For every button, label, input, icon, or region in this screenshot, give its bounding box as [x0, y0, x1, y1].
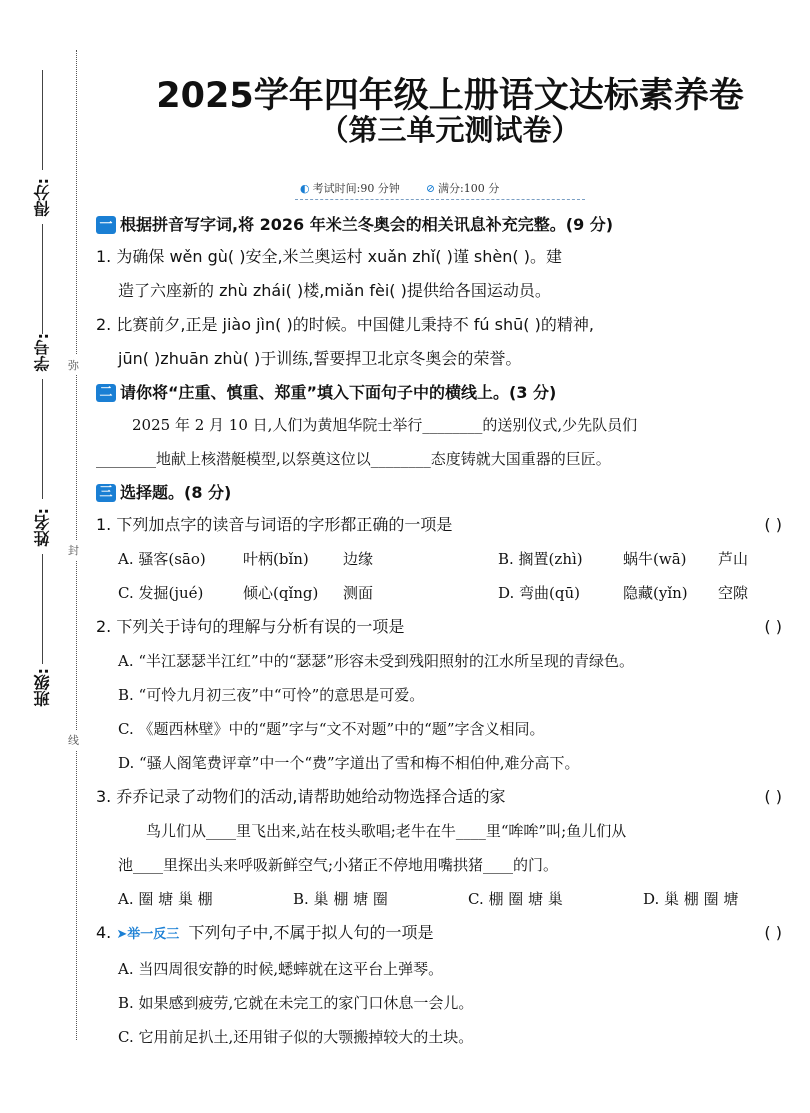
q2-option-d: D. “骚人阁笔费评章”中一个“费”字道出了雪和梅不相伯仲,难分高下。: [96, 746, 796, 780]
question-3: 3. 乔乔记录了动物们的活动,请帮助她给动物选择合适的家 ( ): [96, 780, 796, 814]
q1-option: 隐藏(yǐn): [623, 576, 718, 610]
full-score: 满分:100 分: [438, 182, 499, 195]
s2-line-1: 2025 年 2 月 10 日,人们为黄旭华院士举行________的送别仪式,…: [96, 408, 796, 442]
section-3-header: 三 选择题。(8 分): [96, 478, 796, 508]
q1-option: 叶柄(bǐn): [243, 542, 343, 576]
q2-answer-paren[interactable]: ( ): [764, 610, 782, 644]
class-label: 班级:: [31, 668, 54, 706]
s1-line-1: 1. 为确保 wěn gù( )安全,米兰奥运村 xuǎn zhǐ( )谨 sh…: [96, 240, 796, 274]
section-2-header: 二 请你将“庄重、慎重、郑重”填入下面句子中的横线上。(3 分): [96, 378, 796, 408]
q4-option-c: C. 它用前足扒土,还用钳子似的大颚搬掉较大的土块。: [96, 1020, 796, 1054]
q1-option: B. 搁置(zhì): [498, 542, 623, 576]
s2-line-2: ________地献上核潜艇模型,以祭奠这位以________态度铸就大国重器的…: [96, 442, 796, 476]
q4-number: 4.: [96, 923, 111, 942]
q3-options: A. 圈 塘 巢 棚 B. 巢 棚 塘 圈 C. 棚 圈 塘 巢 D. 巢 棚 …: [96, 882, 796, 916]
q1-option: 芦山: [718, 542, 748, 576]
q1-stem: 1. 下列加点字的读音与词语的字形都正确的一项是: [96, 515, 452, 534]
name-label: 姓名:: [31, 508, 54, 546]
q3-stem: 3. 乔乔记录了动物们的活动,请帮助她给动物选择合适的家: [96, 787, 505, 806]
question-4: 4. ➤举一反三 下列句子中,不属于拟人句的一项是 ( ): [96, 916, 796, 952]
q1-options-row-1: A. 骚客(sāo) 叶柄(bǐn) 边缘 B. 搁置(zhì) 蜗牛(wā) …: [96, 542, 796, 576]
question-1: 1. 下列加点字的读音与词语的字形都正确的一项是 ( ): [96, 508, 796, 542]
q1-option: C. 发掘(jué): [118, 576, 243, 610]
s1-line-2: 造了六座新的 zhù zhái( )楼,miǎn fèi( )提供给各国运动员。: [96, 274, 796, 308]
section-3-badge: 三: [96, 484, 116, 502]
q3-option-d: D. 巢 棚 圈 塘: [643, 882, 738, 916]
q3-passage-1: 鸟儿们从____里飞出来,站在枝头歌唱;老牛在牛____里“哞哞”叫;鱼儿们从: [96, 814, 796, 848]
q2-option-a: A. “半江瑟瑟半江红”中的“瑟瑟”形容未受到残阳照射的江水所呈现的青绿色。: [96, 644, 796, 678]
exam-time: 考试时间:90 分钟: [313, 182, 400, 195]
q1-options-row-2: C. 发掘(jué) 倾心(qǐng) 测面 D. 弯曲(qū) 隐藏(yǐn)…: [96, 576, 796, 610]
q3-passage-2: 池____里探出头来呼吸新鲜空气;小猪正不停地用嘴拱猪____的门。: [96, 848, 796, 882]
section-2-badge: 二: [96, 384, 116, 402]
q1-option: 倾心(qǐng): [243, 576, 343, 610]
student-id-label: 学号:: [31, 333, 54, 371]
q1-option: 空隙: [718, 576, 748, 610]
q3-option-c: C. 棚 圈 塘 巢: [468, 882, 643, 916]
exam-content: 一 根据拼音写字词,将 2026 年米兰冬奥会的相关讯息补充完整。(9 分) 1…: [96, 208, 796, 1054]
q1-option: 蜗牛(wā): [623, 542, 718, 576]
binding-margin: 得分: 学号: 姓名: 班级: 弥 封 线: [0, 0, 90, 1113]
page-subtitle: （第三单元测试卷）: [100, 108, 800, 149]
section-1-title: 根据拼音写字词,将 2026 年米兰冬奥会的相关讯息补充完整。(9 分): [120, 208, 613, 242]
section-3-title: 选择题。(8 分): [120, 476, 231, 510]
section-2-title: 请你将“庄重、慎重、郑重”填入下面句子中的横线上。(3 分): [120, 376, 556, 410]
header-divider: [295, 199, 585, 200]
q4-option-a: A. 当四周很安静的时候,蟋蟀就在这平台上弹琴。: [96, 952, 796, 986]
section-1-badge: 一: [96, 216, 116, 234]
q2-stem: 2. 下列关于诗句的理解与分析有误的一项是: [96, 617, 404, 636]
q2-option-b: B. “可怜九月初三夜”中“可怜”的意思是可爱。: [96, 678, 796, 712]
q1-option: 测面: [343, 576, 498, 610]
clock-icon: ◐: [300, 182, 310, 195]
check-circle-icon: ⊘: [426, 182, 435, 195]
exam-info: ◐考试时间:90 分钟 ⊘满分:100 分: [300, 180, 499, 196]
score-label: 得分:: [31, 178, 54, 216]
seal-mark-xian: 线: [68, 730, 79, 750]
q3-answer-paren[interactable]: ( ): [764, 780, 782, 814]
q1-answer-paren[interactable]: ( ): [764, 508, 782, 542]
q1-option: D. 弯曲(qū): [498, 576, 623, 610]
q4-stem: 下列句子中,不属于拟人句的一项是: [188, 923, 433, 942]
s1-line-4: jūn( )zhuān zhù( )于训练,誓要捍卫北京冬奥会的荣誉。: [96, 342, 796, 376]
seal-mark-feng: 封: [68, 540, 79, 560]
student-id-field: 学号:: [30, 325, 54, 499]
section-1-header: 一 根据拼音写字词,将 2026 年米兰冬奥会的相关讯息补充完整。(9 分): [96, 210, 796, 240]
question-2: 2. 下列关于诗句的理解与分析有误的一项是 ( ): [96, 610, 796, 644]
class-field: 班级:: [30, 660, 54, 714]
q4-answer-paren[interactable]: ( ): [764, 916, 782, 950]
s1-line-3: 2. 比赛前夕,正是 jiào jìn( )的时候。中国健儿秉持不 fú shū…: [96, 308, 796, 342]
score-field: 得分:: [30, 70, 54, 334]
q3-option-b: B. 巢 棚 塘 圈: [293, 882, 468, 916]
q2-option-c: C. 《题西林壁》中的“题”字与“文不对题”中的“题”字含义相同。: [96, 712, 796, 746]
seal-mark-mi: 弥: [68, 355, 79, 375]
q1-option: A. 骚客(sāo): [118, 542, 243, 576]
q3-option-a: A. 圈 塘 巢 棚: [118, 882, 293, 916]
practice-tag: ➤举一反三: [116, 927, 179, 942]
q4-option-b: B. 如果感到疲劳,它就在未完工的家门口休息一会儿。: [96, 986, 796, 1020]
name-field: 姓名:: [30, 500, 54, 664]
q1-option: 边缘: [343, 542, 498, 576]
